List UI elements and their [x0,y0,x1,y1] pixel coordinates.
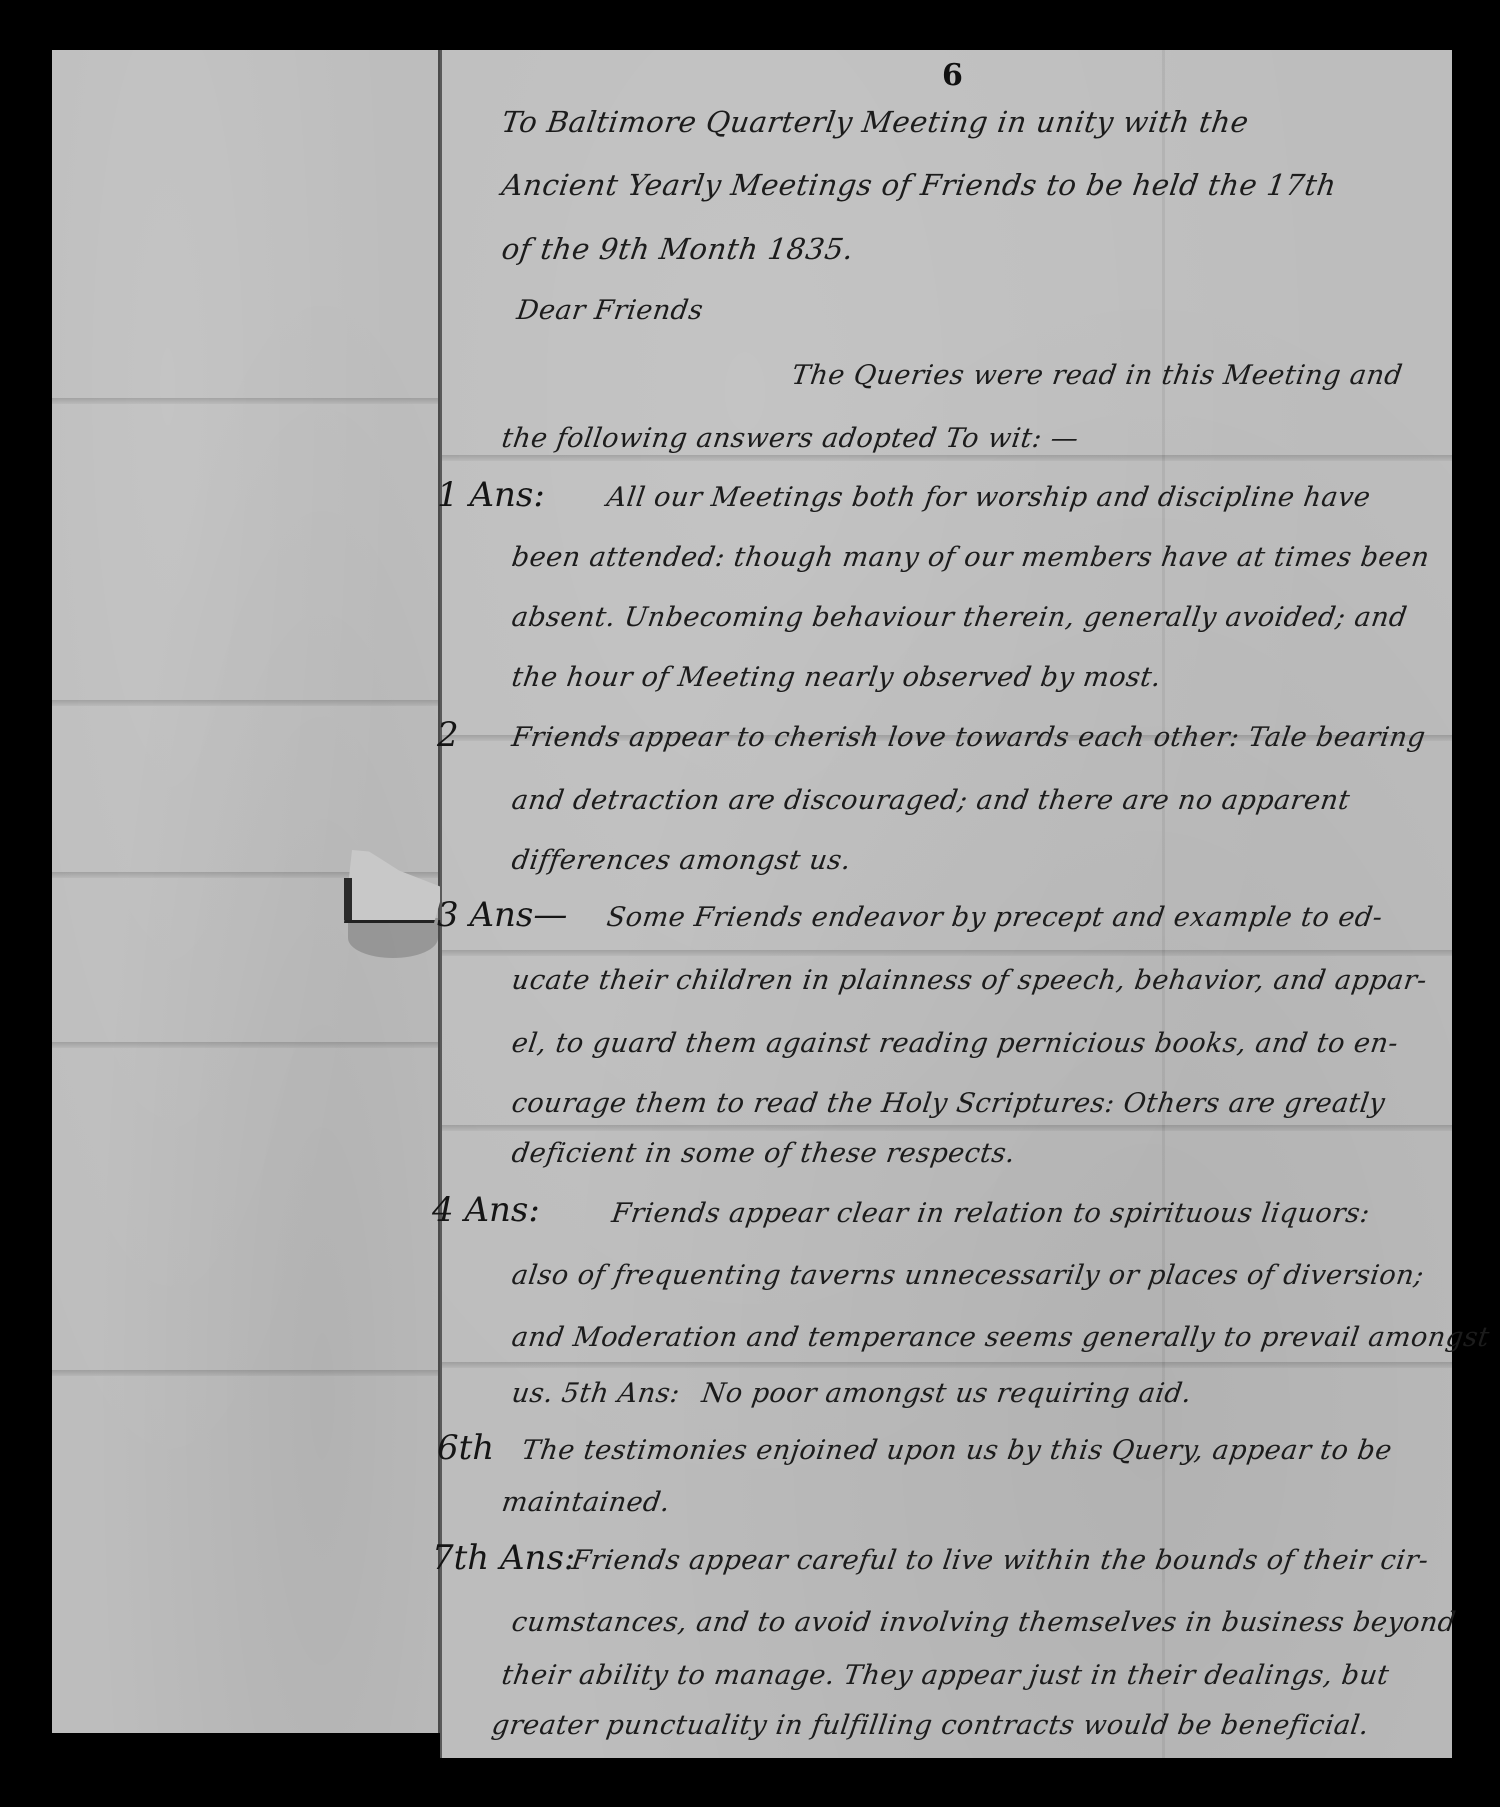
right-page-letter: 6 To Baltimore Quarterly Meeting in unit… [440,50,1452,1758]
fold-line [52,1042,438,1048]
answer-label: 5th Ans: [560,1378,682,1409]
answer-label: 2 [437,715,459,755]
answer-line: the hour of Meeting nearly observed by m… [510,662,1163,693]
fold-line [52,1370,438,1376]
answer-label: 7th Ans: [432,1538,575,1578]
answer-line: deficient in some of these respects. [510,1138,1018,1169]
address-line: Ancient Yearly Meetings of Friends to be… [500,168,1339,202]
intro-line: the following answers adopted To wit: — [500,423,1081,454]
address-line: of the 9th Month 1835. [500,232,856,266]
fold-line [52,398,438,404]
left-page-blank [52,50,440,1733]
answer-line: ucate their children in plainness of spe… [510,965,1429,996]
page-number: 6 [942,58,963,93]
answer-label: 4 Ans: [432,1190,540,1230]
seal-stain [348,918,438,958]
salutation: Dear Friends [515,295,705,326]
answer-line: their ability to manage. They appear jus… [500,1660,1391,1691]
answer-line: cumstances, and to avoid involving thems… [510,1607,1458,1638]
answer-line: maintained. [500,1487,672,1518]
seal-flap [344,850,444,923]
answer-line: and Moderation and temperance seems gene… [510,1322,1492,1353]
answer-line: Friends appear to cherish love towards e… [510,722,1428,753]
answer-line: Some Friends endeavor by precept and exa… [605,902,1385,933]
answer-line: No poor amongst us requiring aid. [700,1378,1194,1409]
answer-line: differences amongst us. [510,845,853,876]
answer-label: 6th [437,1428,494,1468]
seal-edge [344,878,352,920]
answer-line: been attended: though many of our member… [510,542,1432,573]
wax-seal [344,850,452,940]
answer-line: All our Meetings both for worship and di… [605,482,1373,513]
answer-line: Friends appear clear in relation to spir… [610,1198,1372,1229]
answer-line: also of frequenting taverns unnecessaril… [510,1260,1426,1291]
answer-line: greater punctuality in fulfilling contra… [490,1710,1371,1741]
fold-line [52,700,438,706]
answer-label: 1 Ans: [437,475,545,515]
intro-line: The Queries were read in this Meeting an… [790,360,1405,391]
answer-line: courage them to read the Holy Scriptures… [510,1088,1387,1119]
answer-line: The testimonies enjoined upon us by this… [520,1435,1394,1466]
answer-line: absent. Unbecoming behaviour therein, ge… [510,602,1409,633]
answer-line: us. [510,1378,556,1409]
answer-line: and detraction are discouraged; and ther… [510,785,1352,816]
address-line: To Baltimore Quarterly Meeting in unity … [500,105,1251,139]
answer-label: 3 Ans— [437,895,567,935]
letter-body: 6 To Baltimore Quarterly Meeting in unit… [442,50,1452,1758]
answer-line: el, to guard them against reading pernic… [510,1028,1400,1059]
answer-line: Friends appear careful to live within th… [570,1545,1431,1576]
